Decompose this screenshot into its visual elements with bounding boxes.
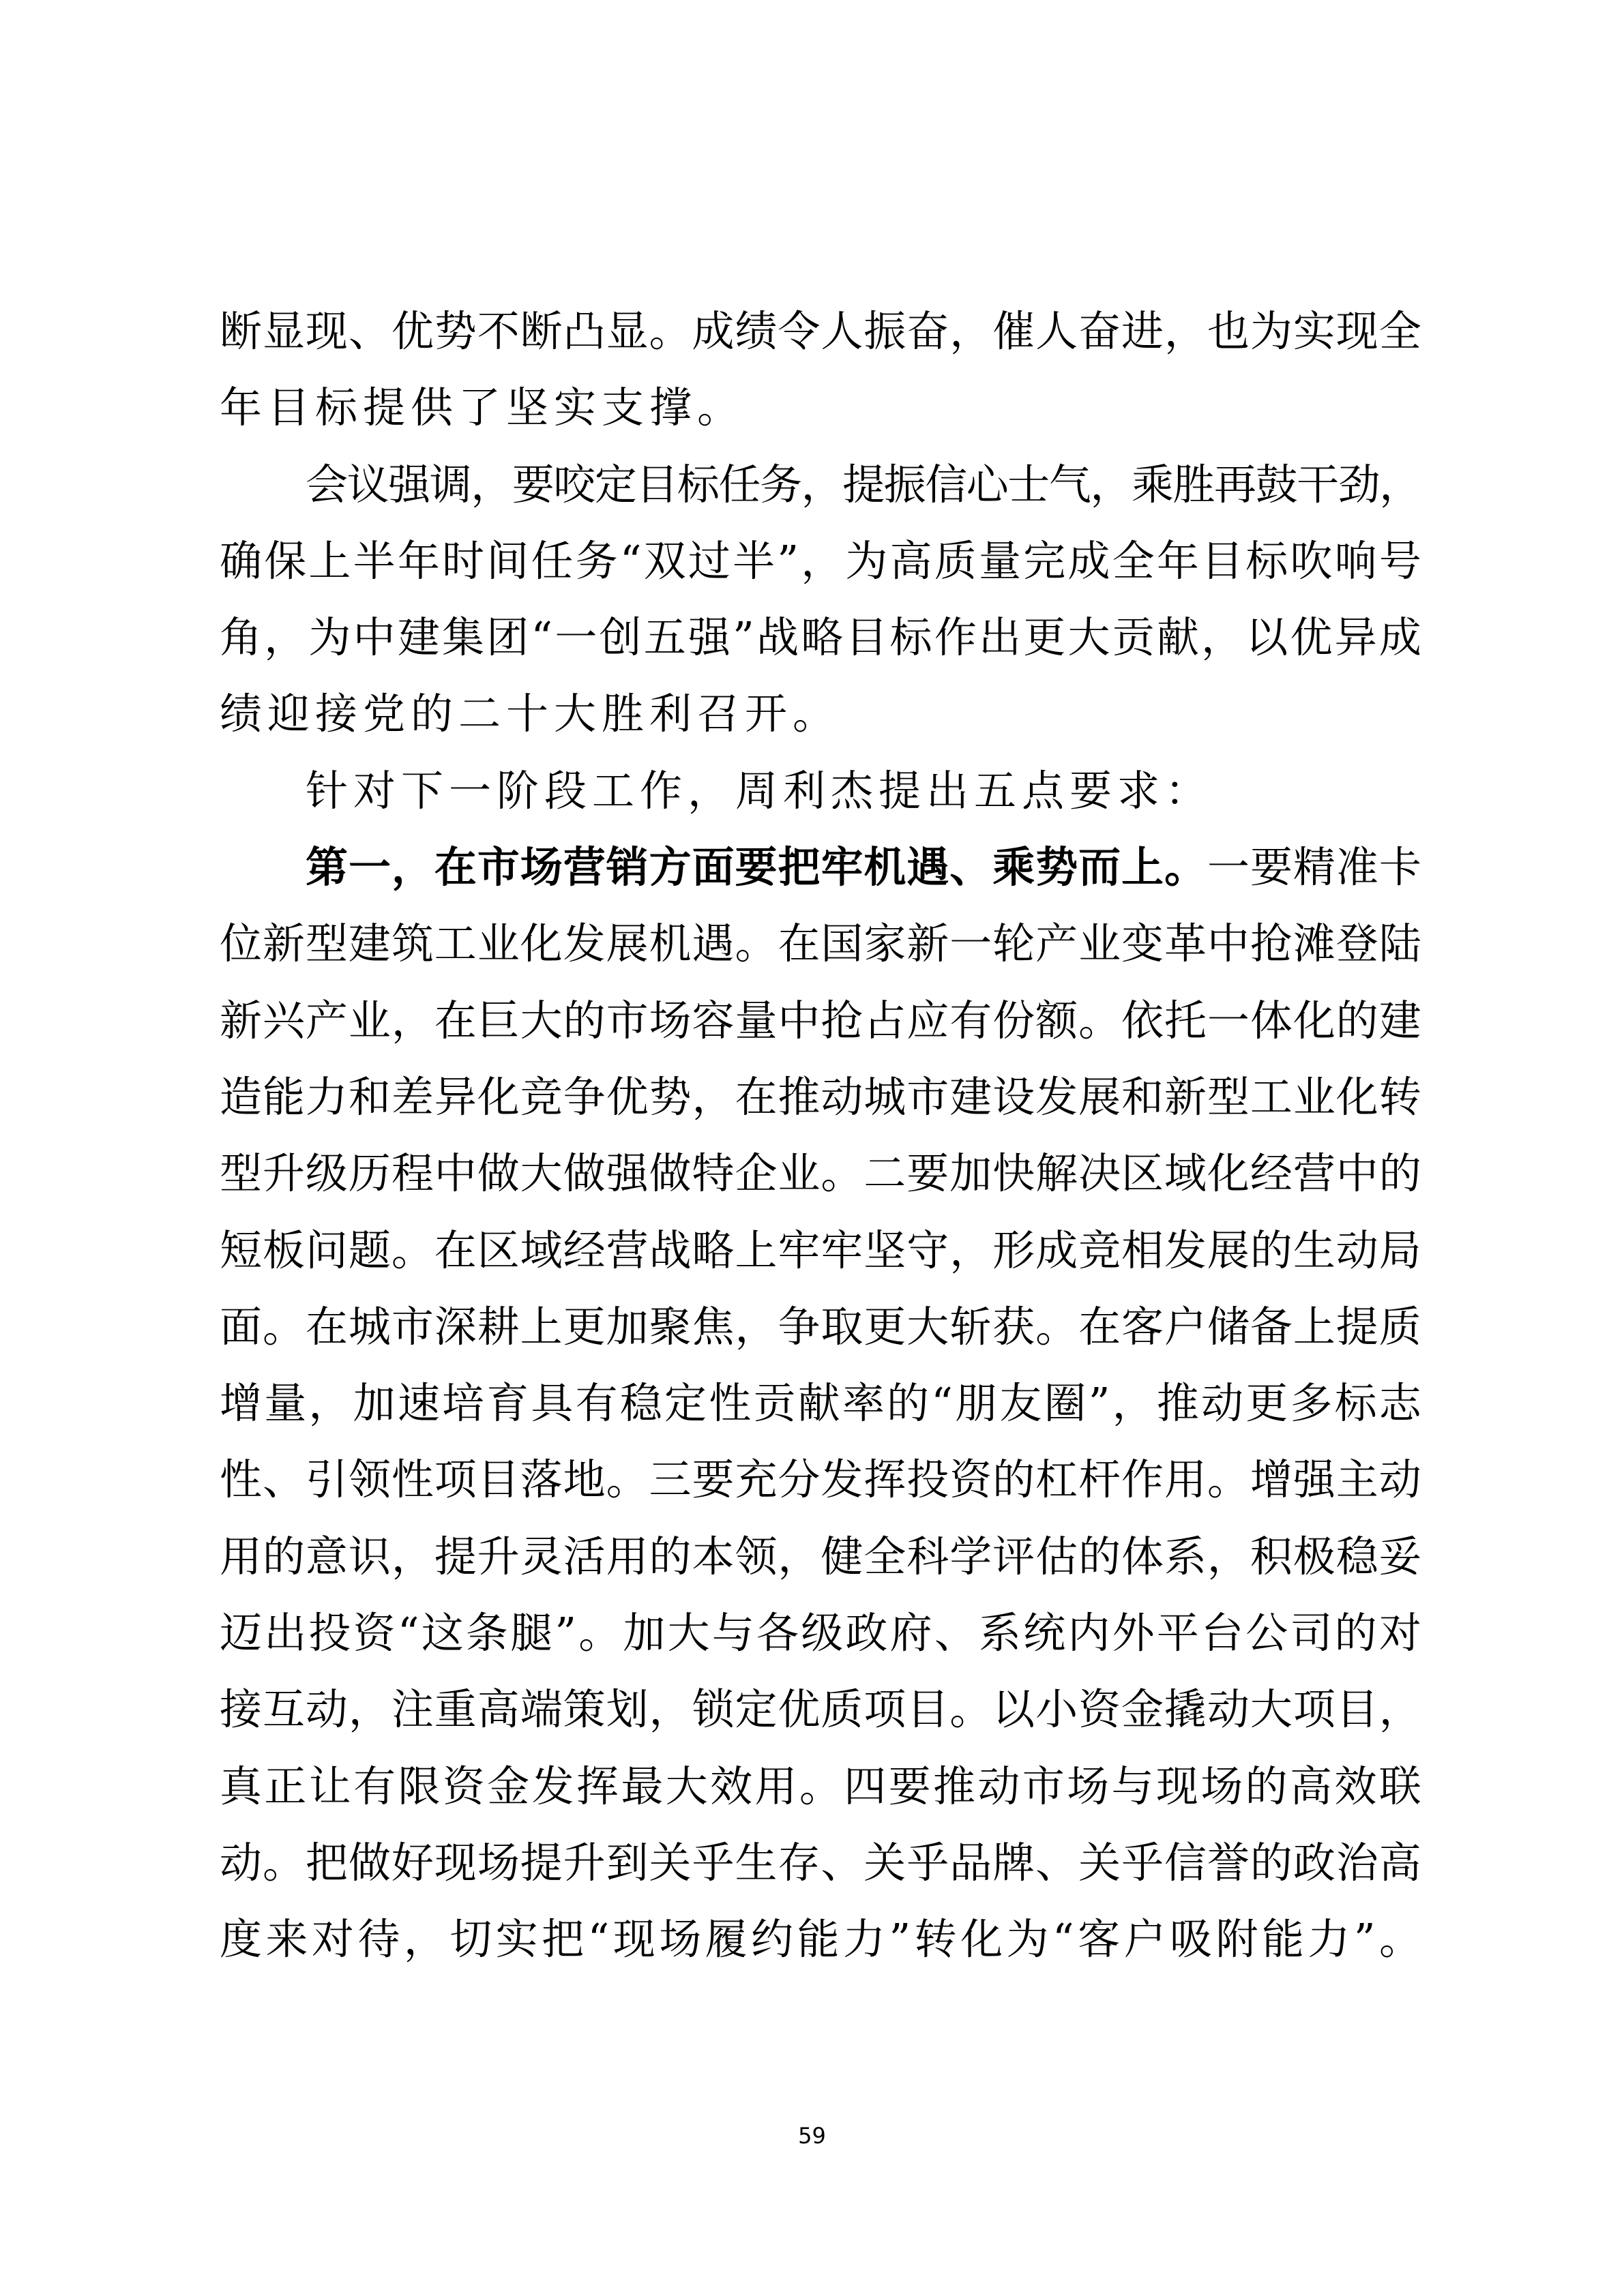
paragraph-4-line-1-rest: 一要精准卡 [1207,842,1421,892]
paragraph-2-line-2: 确保上半年时间任务“双过半”，为高质量完成全年目标吹响号 [220,535,1421,612]
paragraph-4-line-11: 迈出投资“这条腿”。加大与各级政府、系统内外平台公司的对 [220,1607,1421,1684]
paragraph-4-line-2: 位新型建筑工业化发展机遇。在国家新一轮产业变革中抢滩登陆 [220,918,1421,994]
paragraph-4-line-12: 接互动，注重高端策划，锁定优质项目。以小资金撬动大项目， [220,1684,1421,1760]
paragraph-4-line-8: 增量，加速培育具有稳定性贡献率的“朋友圈”，推动更多标志 [220,1377,1421,1454]
paragraph-1-line-2: 年目标提供了坚实支撑。 [220,382,1421,458]
paragraph-4-line-7: 面。在城市深耕上更加聚焦，争取更大斩获。在客户储备上提质 [220,1301,1421,1377]
paragraph-4-line-6: 短板问题。在区域经营战略上牢牢坚守，形成竞相发展的生动局 [220,1225,1421,1301]
paragraph-4-line-9: 性、引领性项目落地。三要充分发挥投资的杠杆作用。增强主动 [220,1454,1421,1530]
paragraph-4-line-5: 型升级历程中做大做强做特企业。二要加快解决区域化经营中的 [220,1148,1421,1224]
paragraph-2-line-1: 会议强调，要咬定目标任务，提振信心士气，乘胜再鼓干劲， [220,459,1421,535]
paragraph-2-line-3: 角，为中建集团“一创五强”战略目标作出更大贡献，以优异成 [220,612,1421,688]
paragraph-4-line-3: 新兴产业，在巨大的市场容量中抢占应有份额。依托一体化的建 [220,995,1421,1071]
paragraph-3-line-1: 针对下一阶段工作，周利杰提出五点要求： [220,765,1421,841]
document-page: 断显现、优势不断凸显。成绩令人振奋，催人奋进，也为实现全 年目标提供了坚实支撑。… [0,0,1624,2296]
paragraph-4-line-1: 第一，在市场营销方面要把牢机遇、乘势而上。一要精准卡 [220,841,1421,918]
paragraph-4-line-10: 用的意识，提升灵活用的本领，健全科学评估的体系，积极稳妥 [220,1531,1421,1607]
paragraph-1-line-1: 断显现、优势不断凸显。成绩令人振奋，催人奋进，也为实现全 [220,305,1421,382]
paragraph-2-line-4: 绩迎接党的二十大胜利召开。 [220,688,1421,764]
body-text: 断显现、优势不断凸显。成绩令人振奋，催人奋进，也为实现全 年目标提供了坚实支撑。… [220,305,1421,1991]
paragraph-4-line-4: 造能力和差异化竞争优势，在推动城市建设发展和新型工业化转 [220,1071,1421,1148]
section-heading-bold: 第一，在市场营销方面要把牢机遇、乘势而上。 [306,842,1207,892]
paragraph-4-line-15: 度来对待，切实把“现场履约能力”转化为“客户吸附能力”。 [220,1913,1421,1990]
paragraph-4-line-14: 动。把做好现场提升到关乎生存、关乎品牌、关乎信誉的政治高 [220,1837,1421,1913]
page-number: 59 [0,2122,1624,2149]
paragraph-4-line-13: 真正让有限资金发挥最大效用。四要推动市场与现场的高效联 [220,1761,1421,1837]
